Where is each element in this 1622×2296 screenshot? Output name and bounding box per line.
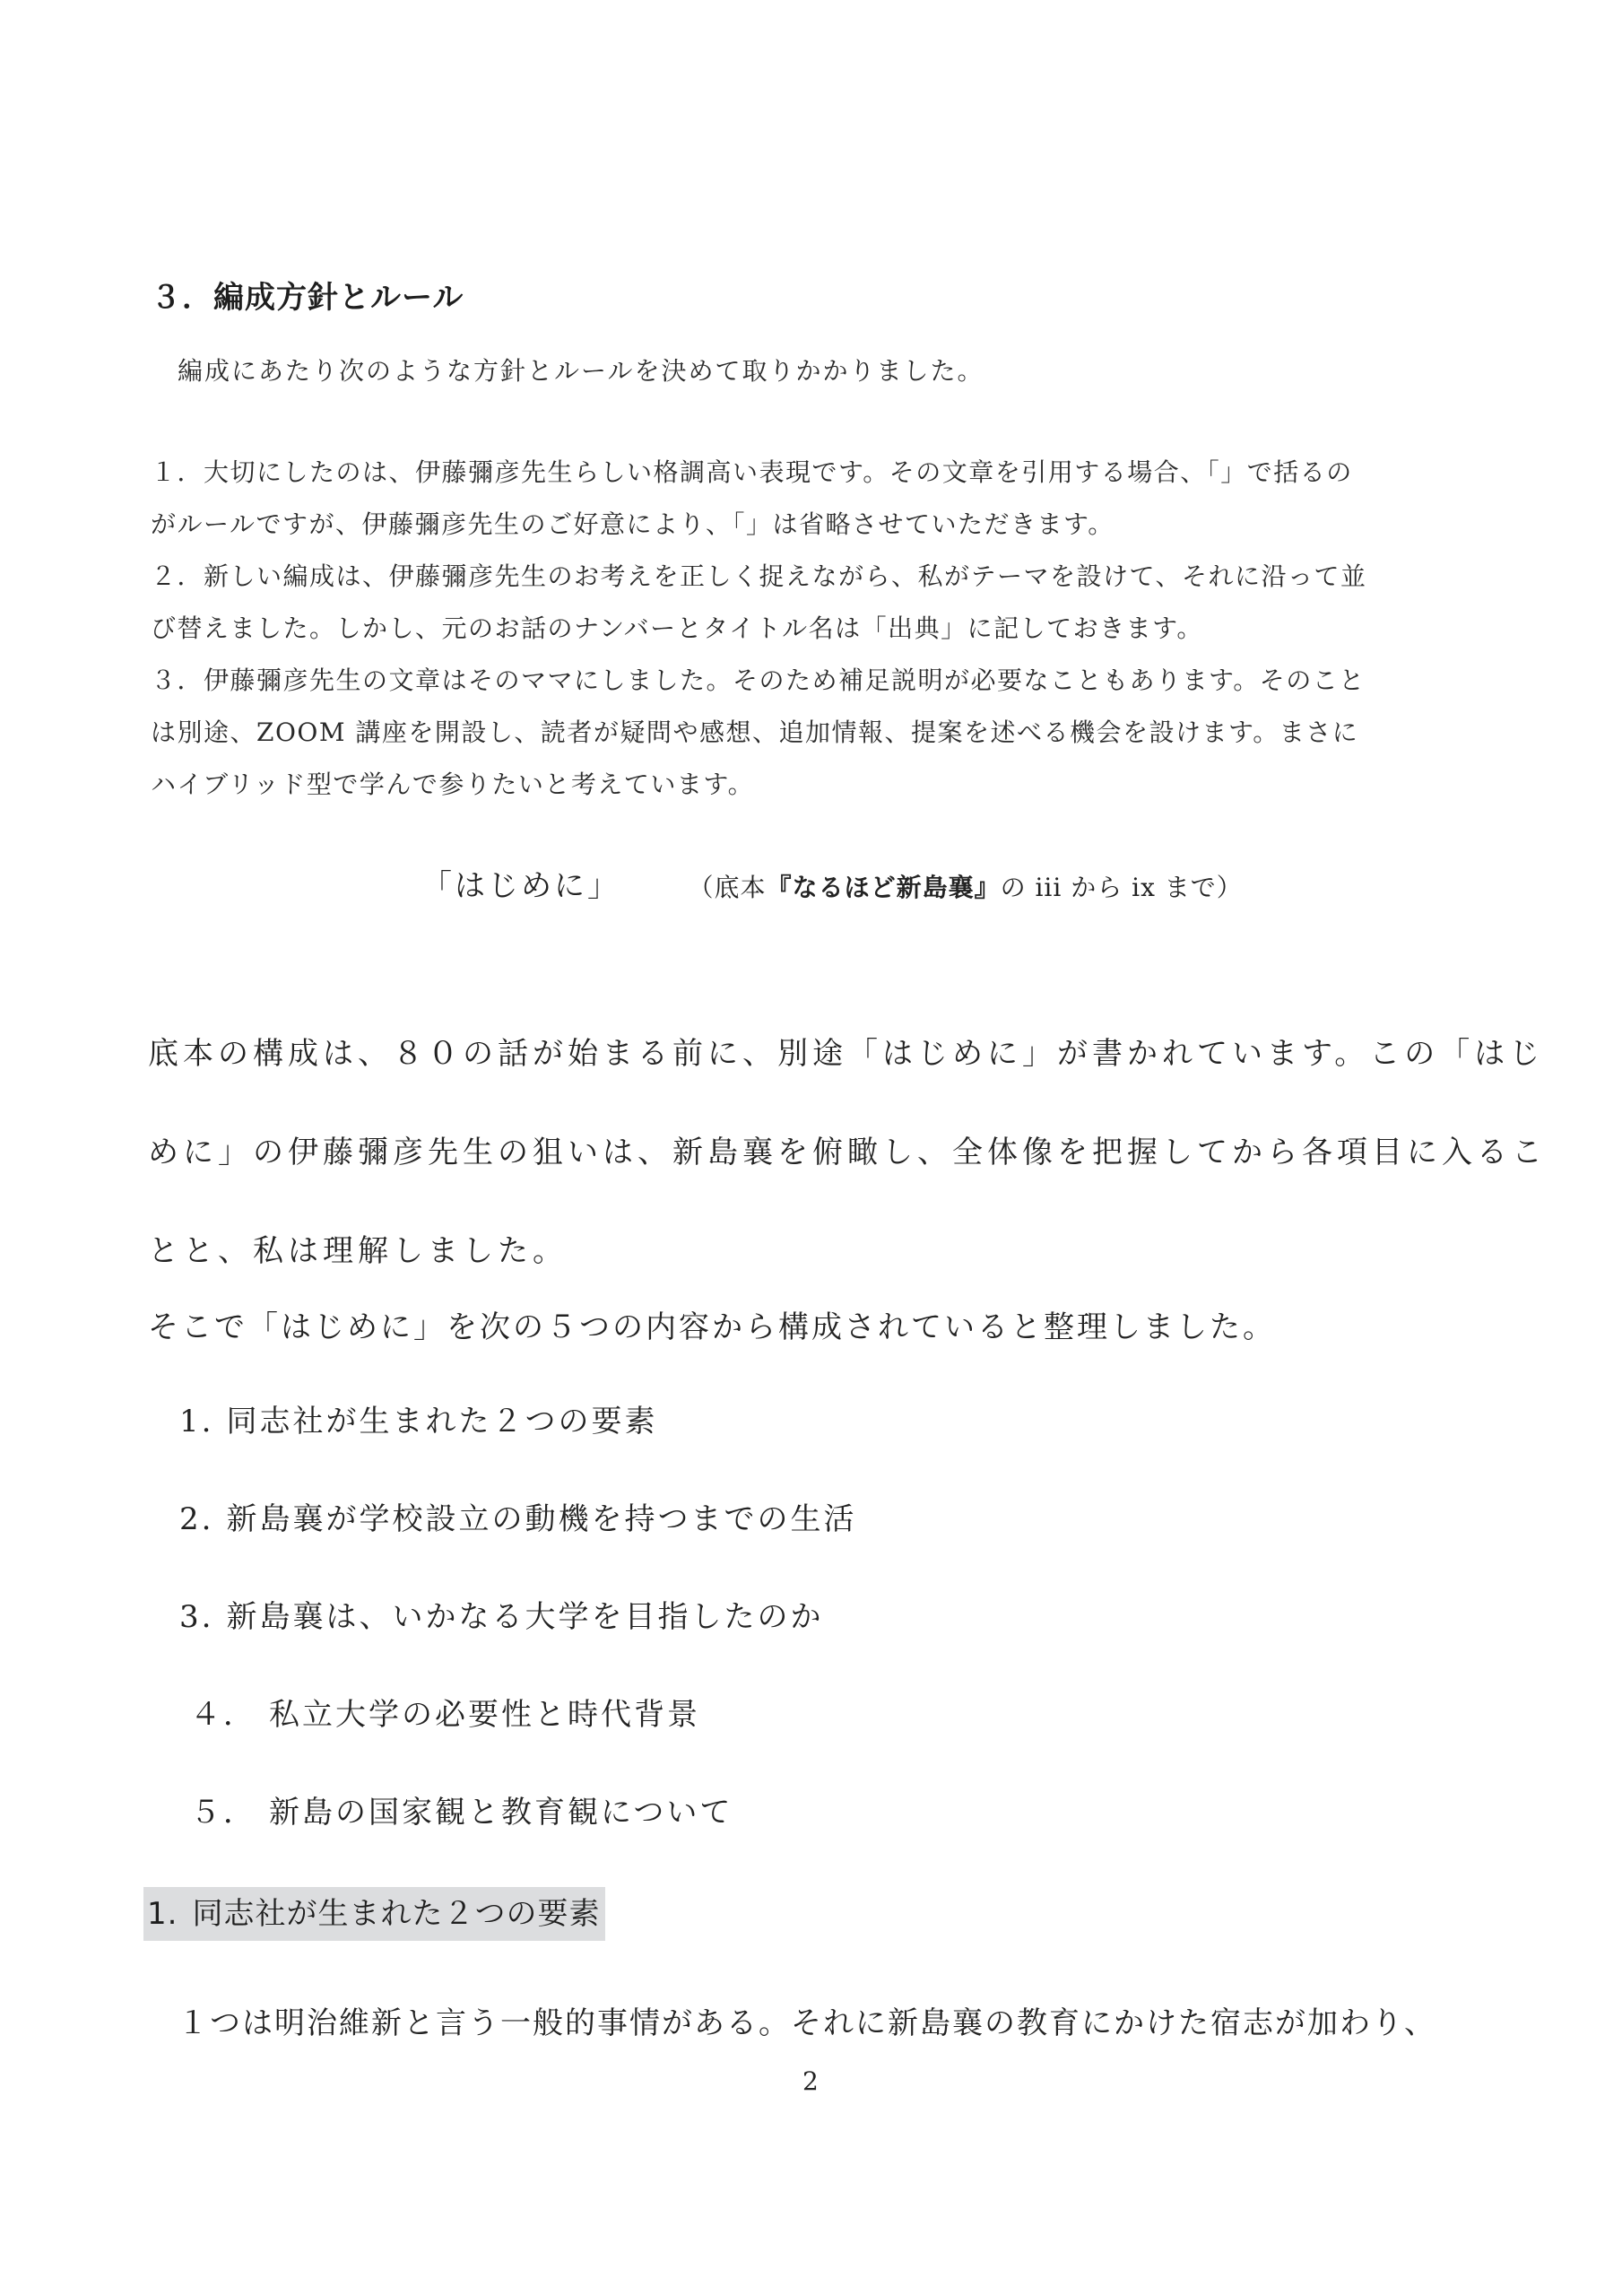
rules-paragraph: １．大切にしたのは、伊藤彌彦先生らしい格調高い表現です。その文章を引用する場合、… — [151, 447, 1469, 811]
page-number: 2 — [802, 2066, 819, 2096]
rules-line: ２．新しい編成は、伊藤彌彦先生のお考えを正しく捉えながら、私がテーマを設けて、そ… — [151, 551, 1469, 603]
source-book-title: 『なるほど新島襄』 — [767, 873, 1001, 902]
outline-item-text: 新島襄は、いかなる大学を目指したのか — [226, 1599, 823, 1635]
outline-item-text: 新島の国家観と教育観について — [269, 1795, 733, 1831]
subtitle-main: 「はじめに」 — [421, 868, 620, 904]
body-line: とと、私は理解しました。 — [148, 1202, 1547, 1300]
body-line: 底本の構成は、８０の話が始まる前に、別途「はじめに」が書かれています。この「はじ — [148, 1004, 1547, 1103]
outline-list: 1.同志社が生まれた２つの要素 2.新島襄が学校設立の動機を持つまでの生活 3.… — [179, 1404, 856, 1892]
source-suffix: の iii から ix まで） — [1001, 873, 1243, 902]
outline-intro: そこで「はじめに」を次の５つの内容から構成されていると整理しました。 — [148, 1302, 1276, 1346]
outline-item: 1.同志社が生まれた２つの要素 — [179, 1404, 856, 1501]
rules-line: ３．伊藤彌彦先生の文章はそのママにしました。そのため補足説明が必要なこともありま… — [151, 655, 1469, 707]
section-heading: ３．編成方針とルール — [151, 273, 464, 317]
outline-item-text: 同志社が生まれた２つの要素 — [226, 1404, 657, 1439]
rules-line: １．大切にしたのは、伊藤彌彦先生らしい格調高い表現です。その文章を引用する場合、… — [151, 447, 1469, 499]
outline-item-number: ４． — [190, 1697, 256, 1733]
outline-item-number: ５． — [190, 1795, 256, 1831]
outline-item: ４．私立大学の必要性と時代背景 — [179, 1697, 856, 1795]
outline-item-number: 3. — [179, 1599, 213, 1635]
body-paragraph: 底本の構成は、８０の話が始まる前に、別途「はじめに」が書かれています。この「はじ… — [148, 1004, 1547, 1300]
subtitle-source: （底本『なるほど新島襄』の iii から ix まで） — [689, 873, 1243, 902]
outline-item-text: 新島襄が学校設立の動機を持つまでの生活 — [226, 1501, 856, 1537]
rules-line: は別途、ZOOM 講座を開設し、読者が疑問や感想、追加情報、提案を述べる機会を設… — [151, 707, 1469, 759]
subsection-title: 同志社が生まれた２つの要素 — [192, 1896, 600, 1932]
chapter-subtitle: 「はじめに」 （底本『なるほど新島襄』の iii から ix まで） — [421, 861, 1243, 905]
outline-item-number: 1. — [179, 1404, 213, 1439]
source-prefix: （底本 — [689, 873, 767, 902]
subsection-number: 1. — [147, 1896, 178, 1932]
rules-line: ハイブリッド型で学んで参りたいと考えています。 — [151, 759, 1469, 811]
rules-line: がルールですが、伊藤彌彦先生のご好意により、「」は省略させていただきます。 — [151, 499, 1469, 551]
subsection-body: １つは明治維新と言う一般的事情がある。それに新島襄の教育にかけた宿志が加わり、 — [178, 1998, 1436, 2042]
body-line: めに」の伊藤彌彦先生の狙いは、新島襄を俯瞰し、全体像を把握してから各項目に入るこ — [148, 1103, 1547, 1202]
rules-line: び替えました。しかし、元のお話のナンバーとタイトル名は「出典」に記しておきます。 — [151, 603, 1469, 655]
outline-item: ５．新島の国家観と教育観について — [179, 1795, 856, 1892]
outline-item: 3.新島襄は、いかなる大学を目指したのか — [179, 1599, 856, 1697]
subsection-heading-highlighted: 1.同志社が生まれた２つの要素 — [143, 1887, 605, 1941]
outline-item: 2.新島襄が学校設立の動機を持つまでの生活 — [179, 1501, 856, 1599]
outline-item-number: 2. — [179, 1501, 213, 1537]
section-intro: 編成にあたり次のような方針とルールを決めて取りかかりました。 — [178, 352, 984, 387]
document-page: ３．編成方針とルール 編成にあたり次のような方針とルールを決めて取りかかりました… — [0, 0, 1622, 2296]
outline-item-text: 私立大学の必要性と時代背景 — [269, 1697, 700, 1733]
